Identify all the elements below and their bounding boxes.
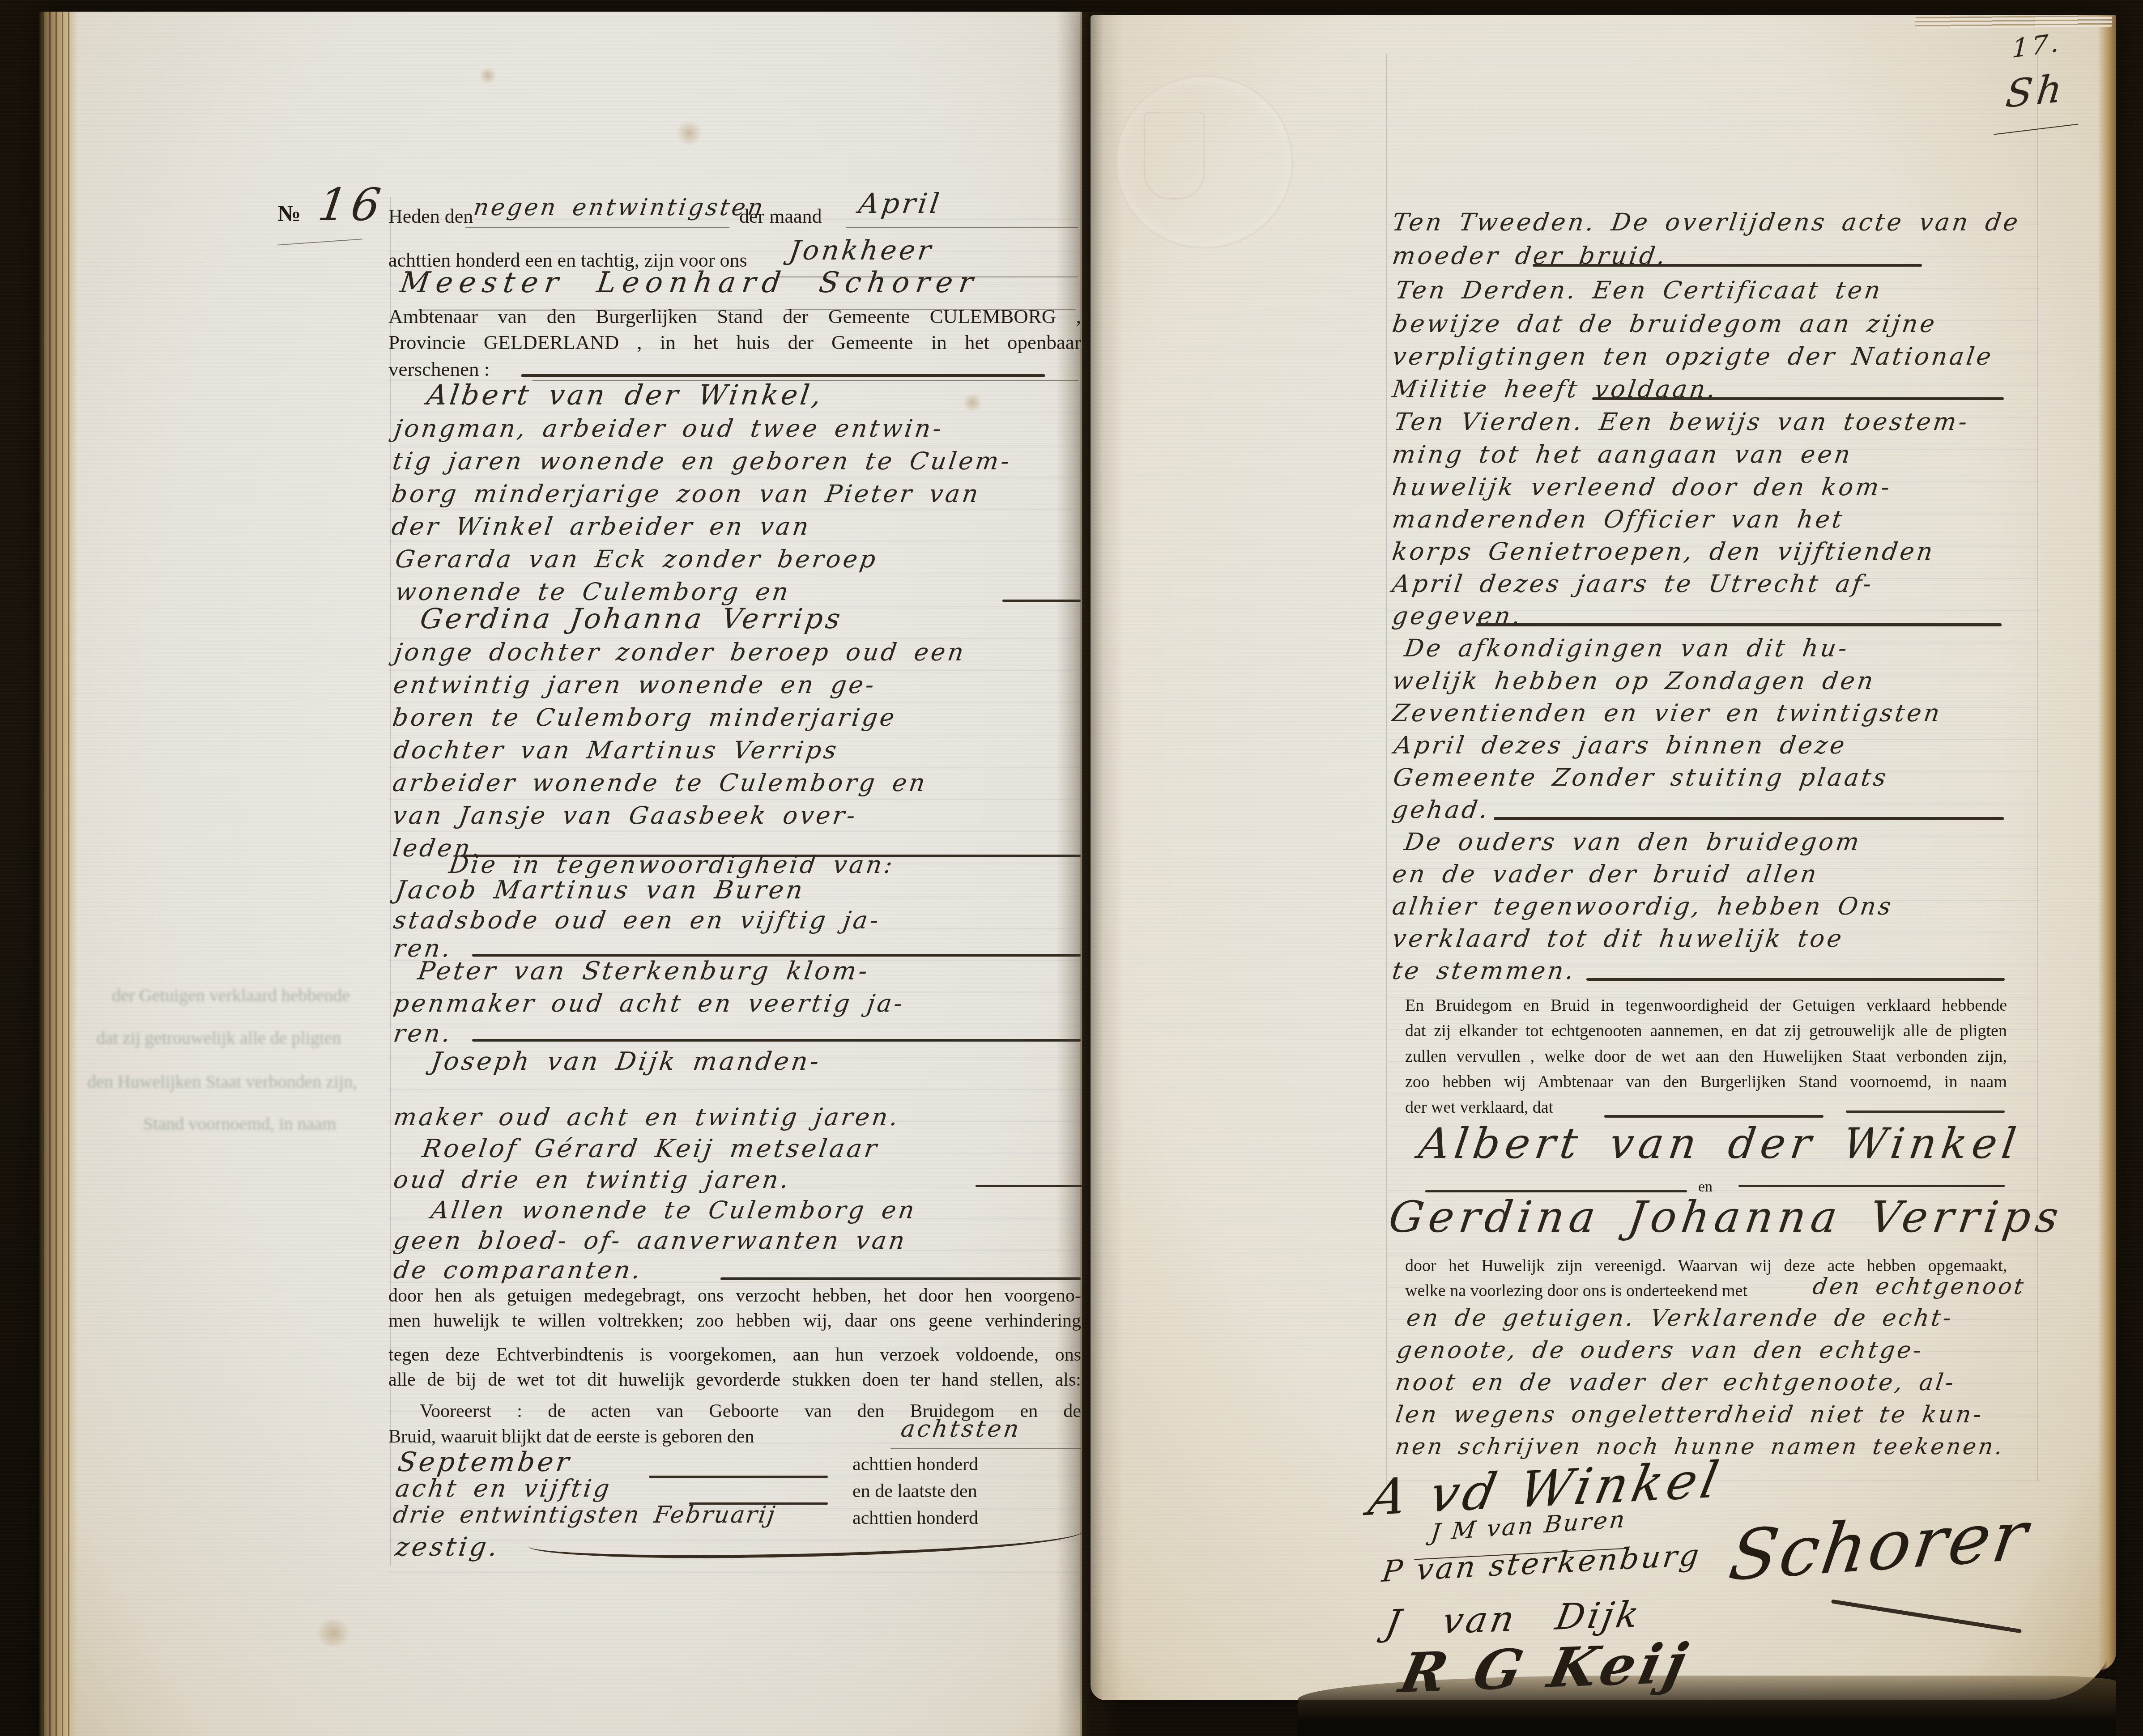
stukken-line: huwelijk verleend door den kom- bbox=[1391, 475, 1893, 499]
groom-line: Gerarda van Eck zonder beroep bbox=[394, 547, 879, 571]
bleed-through-line: den Huwelijken Staat verbonden zijn, bbox=[87, 1073, 357, 1091]
printed-text: der wet verklaard, dat bbox=[1405, 1099, 1553, 1116]
witness-line: Jacob Martinus van Buren bbox=[394, 878, 806, 903]
binding-gutter-shadow bbox=[1056, 12, 1123, 1736]
witness-line: penmaker oud acht en veertig ja- bbox=[392, 991, 906, 1016]
witness-line: maker oud acht en twintig jaren. bbox=[392, 1105, 902, 1129]
printed-text: door het Huwelijk zijn vereenigd. Waarva… bbox=[1405, 1257, 2007, 1274]
groom-line: borg minderjarige zoon van Pieter van bbox=[390, 482, 982, 506]
stukken-line: te stemmen. bbox=[1391, 959, 1577, 983]
printed-text: zoo hebben wij Ambtenaar van den Burgerl… bbox=[1405, 1073, 2007, 1090]
page-fold-crease bbox=[1080, 12, 1082, 1736]
printed-text: alle de bij de wet tot dit huwelijk gevo… bbox=[388, 1370, 1081, 1389]
bride-line: Gerdina Johanna Verrips bbox=[418, 605, 845, 633]
filler-rule bbox=[720, 1277, 1081, 1280]
handwritten-birthyear-bride: zestig. bbox=[394, 1534, 502, 1560]
filler-rule bbox=[976, 1185, 1083, 1187]
printed-text: tegen deze Echtverbindtenis is voorgekom… bbox=[388, 1345, 1081, 1364]
stukken-line: De afkondigingen van dit hu- bbox=[1403, 636, 1851, 660]
groom-line: der Winkel arbeider en van bbox=[390, 515, 812, 539]
stukken-line: Ten Derden. Een Certificaat ten bbox=[1394, 278, 1884, 302]
witness-line: stadsbode oud een en vijftig ja- bbox=[392, 908, 882, 932]
handwritten-birthyear-groom: acht en vijftig bbox=[394, 1476, 613, 1501]
bride-line: dochter van Martinus Verrips bbox=[392, 738, 840, 762]
bride-line: entwintig jaren wonende en ge- bbox=[392, 673, 878, 697]
closing-hw-line: len wegens ongeletterdheid niet te kun- bbox=[1394, 1403, 1985, 1426]
witness-line: de comparanten. bbox=[392, 1258, 644, 1282]
paper-stain bbox=[479, 67, 497, 84]
signature-registrar-schorer: Schorer bbox=[1725, 1501, 2033, 1591]
filler-rule bbox=[1533, 264, 1922, 267]
stukken-line: en de vader der bruid allen bbox=[1391, 862, 1820, 886]
baseline-rule bbox=[846, 227, 1078, 228]
printed-text: der maand bbox=[739, 207, 822, 226]
printed-text: Heden den bbox=[388, 207, 473, 226]
baseline-rule bbox=[890, 1448, 1081, 1449]
printed-text: Provincie GELDERLAND , in het huis der G… bbox=[388, 332, 1081, 353]
bride-line: arbeider wonende te Culemborg en bbox=[391, 771, 929, 795]
stukken-line: Ten Vierden. Een bewijs van toestem- bbox=[1393, 410, 1971, 434]
witness-line: oud drie en twintig jaren. bbox=[392, 1168, 792, 1192]
stukken-line: Ten Tweeden. De overlijdens acte van de bbox=[1391, 210, 2022, 234]
printed-text: en de laatste den bbox=[852, 1482, 977, 1501]
stukken-line: verpligtingen ten opzigte der Nationale bbox=[1391, 345, 1995, 369]
stukken-line: April dezes jaars binnen deze bbox=[1393, 733, 1849, 757]
bleed-through-line: Stand voornoemd, in naam bbox=[143, 1115, 336, 1133]
baseline-rule bbox=[465, 227, 729, 228]
filler-rule bbox=[1604, 1115, 1823, 1118]
margin-rule-right-page-left bbox=[1386, 54, 1387, 1485]
filler-rule bbox=[1586, 978, 2005, 981]
filler-rule bbox=[472, 1039, 1081, 1042]
paper-stain bbox=[313, 1620, 354, 1647]
signature-witness-keij: R G Keij bbox=[1395, 1636, 1696, 1700]
groom-line: wonende te Culemborg en bbox=[394, 580, 792, 604]
printed-text: verschenen : bbox=[388, 359, 490, 379]
printed-text: En Bruidegom en Bruid in tegenwoordighei… bbox=[1405, 997, 2007, 1014]
stukken-line: korps Genietroepen, den vijftienden bbox=[1391, 540, 1936, 564]
witness-line: Roelof Gérard Keij metselaar bbox=[421, 1136, 881, 1162]
handwritten-birthmonth-groom: September bbox=[396, 1449, 574, 1476]
printed-text: welke na voorlezing door ons is ondertee… bbox=[1405, 1282, 1747, 1299]
bleed-through-line: der Getuigen verklaard hebbende bbox=[112, 987, 350, 1004]
filler-rule bbox=[1846, 1111, 2005, 1113]
closing-hw-line: den echtgenoot bbox=[1811, 1275, 2027, 1298]
printed-text: dat zij elkander tot echtgenooten aannem… bbox=[1405, 1022, 2007, 1039]
paper-stain bbox=[676, 121, 703, 145]
witness-line: Allen wonende te Culemborg en bbox=[430, 1198, 918, 1222]
embossed-seal-shield bbox=[1144, 112, 1205, 200]
closing-hw-line: en de getuigen. Verklarende de echt- bbox=[1405, 1306, 1955, 1330]
page-number: 17. bbox=[2011, 29, 2062, 62]
bleed-through-line: dat zij getrouwelijk alle de pligten bbox=[96, 1029, 341, 1047]
bride-name-large: Gerdina Johanna Verrips bbox=[1386, 1196, 2066, 1238]
bride-line: van Jansje van Gaasbeek over- bbox=[391, 804, 859, 828]
handwritten-birthday-groom: achtsten bbox=[899, 1417, 1023, 1441]
groom-line: jongman, arbeider oud twee entwin- bbox=[393, 417, 945, 441]
top-right-page-stack bbox=[1915, 15, 2112, 29]
printed-text: Ambtenaar van den Burgerlijken Stand der… bbox=[388, 306, 1081, 327]
stukken-line: De ouders van den bruidegom bbox=[1403, 830, 1863, 854]
paper-stain bbox=[962, 394, 983, 412]
stukken-line: alhier tegenwoordig, hebben Ons bbox=[1391, 894, 1895, 919]
witness-line: geen bloed- of- aanverwanten van bbox=[392, 1229, 908, 1253]
witness-line: ren. bbox=[392, 1021, 454, 1046]
closing-hw-line: genoote, de ouders van den echtge- bbox=[1395, 1339, 1925, 1362]
stukken-line: Zeventienden en vier en twintigsten bbox=[1391, 701, 1943, 725]
bride-line: boren te Culemborg minderjarige bbox=[391, 706, 899, 730]
stukken-line: ming tot het aangaan van een bbox=[1391, 443, 1854, 467]
stukken-line: bewijze dat de bruidegom aan zijne bbox=[1391, 312, 1938, 336]
stukken-line: manderenden Officier van het bbox=[1391, 507, 1846, 532]
page-stack-lines bbox=[43, 12, 70, 1736]
stukken-line: April dezes jaars te Utrecht af- bbox=[1391, 572, 1875, 596]
stukken-line: verklaard tot dit huwelijk toe bbox=[1391, 927, 1845, 951]
printed-text: zullen vervullen , welke door de wet aan… bbox=[1405, 1048, 2007, 1065]
scanned-register-spread: der Getuigen verklaard hebbende dat zij … bbox=[0, 0, 2143, 1736]
witness-line: Joseph van Dijk manden- bbox=[430, 1049, 823, 1074]
filler-rule bbox=[1494, 817, 2004, 820]
stukken-line: Gemeente Zonder stuiting plaats bbox=[1392, 766, 1890, 790]
filler-rule bbox=[1592, 397, 2004, 400]
groom-name-large: Albert van der Winkel bbox=[1416, 1123, 2024, 1165]
printed-text: Bruid, waaruit blijkt dat de eerste is g… bbox=[388, 1427, 754, 1446]
filler-rule bbox=[1738, 1185, 2005, 1187]
closing-hw-line: noot en de vader der echtgenoote, al- bbox=[1394, 1371, 1957, 1394]
printed-text: door hen als getuigen medegebragt, ons v… bbox=[388, 1286, 1081, 1305]
stukken-line: gehad. bbox=[1391, 798, 1491, 822]
filler-rule bbox=[1002, 600, 1081, 602]
corner-initials: Sh bbox=[2004, 69, 2068, 114]
filler-rule bbox=[1476, 623, 2002, 626]
printed-text: achttien honderd bbox=[852, 1455, 978, 1474]
bride-line: jonge dochter zonder beroep oud een bbox=[393, 640, 967, 664]
filler-rule bbox=[521, 374, 1045, 377]
printed-text: men huwelijk te willen voltrekken; zoo h… bbox=[388, 1311, 1081, 1330]
handwritten-day: negen entwintigsten bbox=[472, 196, 767, 219]
stukken-line: welijk hebben op Zondagen den bbox=[1391, 669, 1877, 693]
act-number: 16 bbox=[315, 183, 388, 227]
filler-rule bbox=[649, 1476, 828, 1478]
right-page-edge bbox=[2098, 15, 2116, 1671]
groom-line: tig jaren wonende en geboren te Culem- bbox=[391, 449, 1013, 473]
margin-rule-right-page-right bbox=[2037, 54, 2038, 1481]
handwritten-officiant: Meester Leonhard Schorer bbox=[398, 268, 981, 297]
handwritten-month: April bbox=[857, 190, 943, 217]
groom-line: Albert van der Winkel, bbox=[425, 381, 826, 409]
handwritten-title: Jonkheer bbox=[788, 237, 935, 264]
witness-line: Die in tegenwoordigheid van: bbox=[447, 853, 896, 877]
act-number-label: № bbox=[277, 202, 301, 226]
witness-line: Peter van Sterkenburg klom- bbox=[416, 959, 871, 984]
